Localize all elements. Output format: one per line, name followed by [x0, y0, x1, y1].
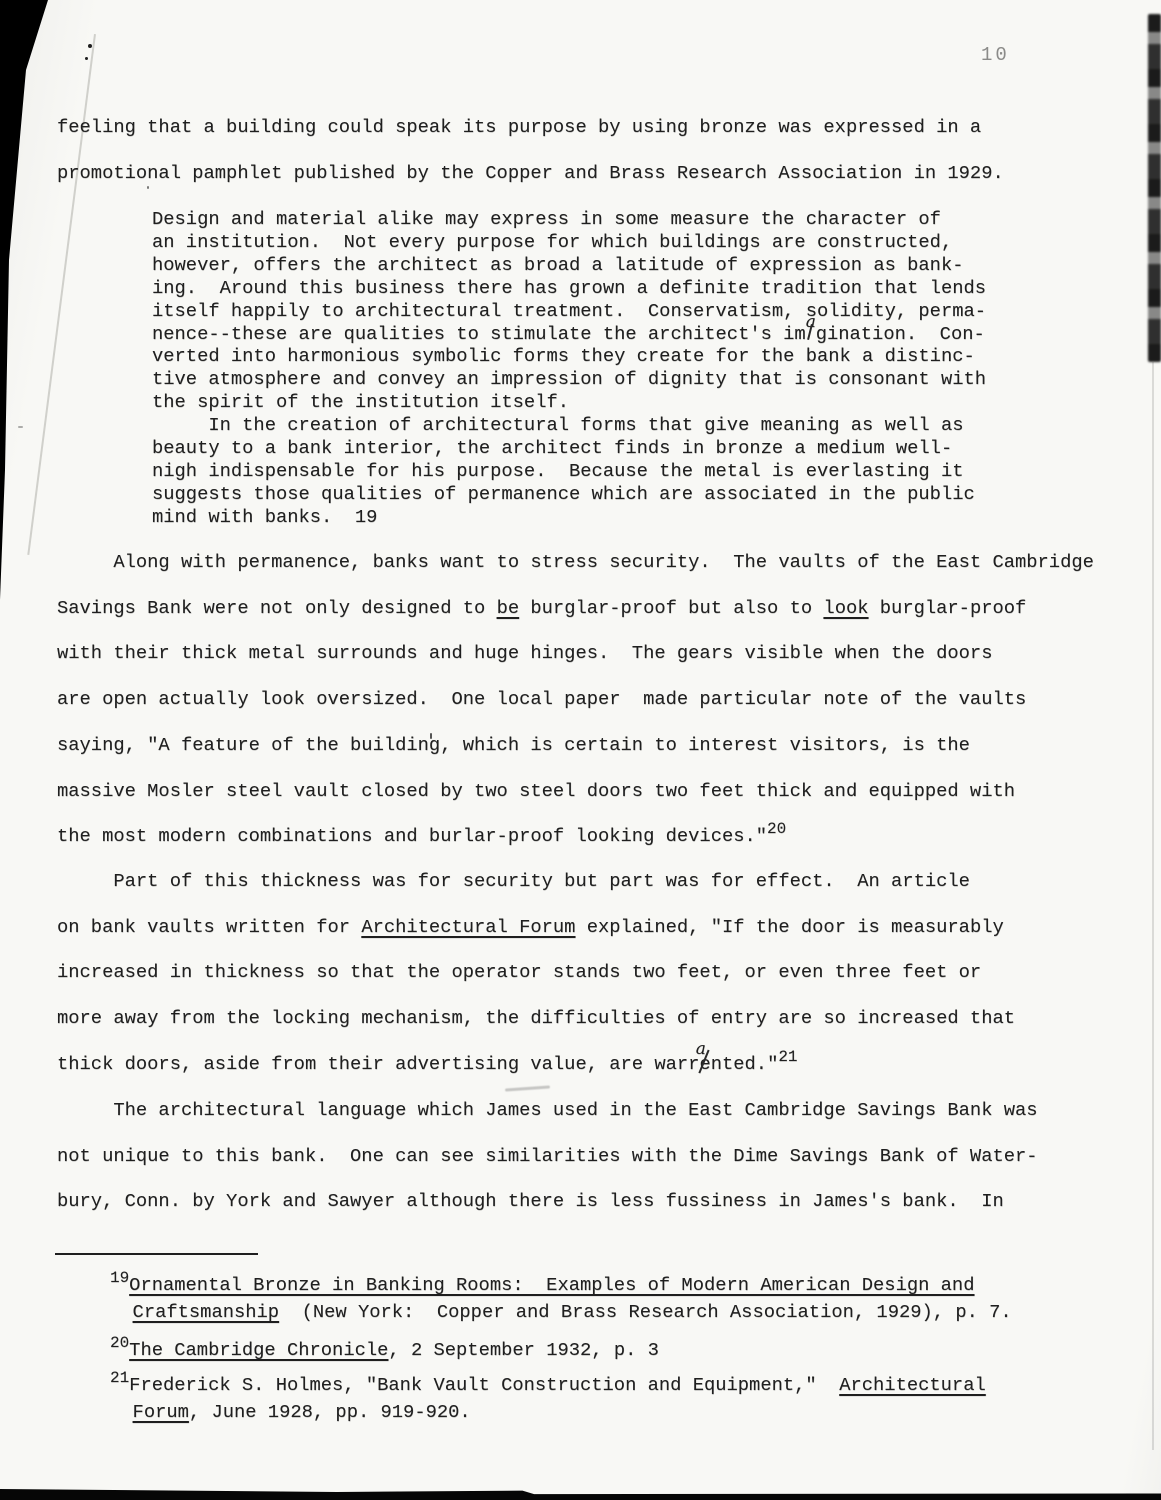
text-segment: feeling that a building could speak its … [57, 116, 981, 138]
block-quote: Design and material alike may express in… [152, 208, 986, 529]
text-segment: Frederick S. Holmes, "Bank Vault Constru… [129, 1374, 839, 1396]
text-line: not unique to this bank. One can see sim… [57, 1134, 1038, 1180]
text-segment: promotional pamphlet published by the Co… [57, 162, 1004, 184]
text-line: nence--these are qualities to stimulate … [152, 323, 986, 346]
text-segment: massive Mosler steel vault closed by two… [57, 780, 1015, 802]
footnote-reference: 21 [110, 1369, 129, 1387]
text-segment: (New York: Copper and Brass Research Ass… [279, 1301, 1012, 1323]
text-line: the most modern combinations and burlar-… [57, 814, 1094, 861]
text-line: mind with banks. 19 [152, 506, 986, 529]
text-line: Along with permanence, banks want to str… [57, 540, 1094, 586]
text-segment: nence--these are qualities to stimulate … [152, 323, 806, 345]
footnote-19: 19Ornamental Bronze in Banking Rooms: Ex… [110, 1273, 1012, 1325]
text-segment: burglar-proof but also to [519, 597, 823, 619]
ink-speck [85, 57, 88, 60]
text-line: tive atmosphere and convey an impression… [152, 368, 986, 391]
text-line: Craftsmanship (New York: Copper and Bras… [110, 1300, 1012, 1326]
footnote-reference: 20 [767, 820, 786, 838]
stray-mark [18, 426, 23, 428]
text-segment: nted." [711, 1053, 779, 1075]
text-segment: with their thick metal surrounds and hug… [57, 642, 992, 664]
text-segment: on bank vaults written for [57, 916, 361, 938]
text-segment: mind with banks. 19 [152, 506, 377, 528]
text-line: Savings Bank were not only designed to b… [57, 586, 1094, 632]
text-line: In the creation of architectural forms t… [152, 414, 986, 437]
text-segment: verted into harmonious symbolic forms th… [152, 345, 975, 367]
paragraph-1: Along with permanence, banks want to str… [57, 540, 1094, 861]
text-segment: In the creation of architectural forms t… [152, 414, 963, 436]
handwritten-correction: a [806, 311, 816, 334]
text-segment: The architectural language which James u… [57, 1099, 1038, 1121]
underlined-text: Craftsmanship [133, 1301, 280, 1323]
text-line: nigh indispensable for his purpose. Beca… [152, 460, 986, 483]
text-line: however, offers the architect as broad a… [152, 254, 986, 277]
underlined-text: Ornamental Bronze in Banking Rooms: Exam… [129, 1274, 974, 1296]
text-segment: thick doors, aside from their advertisin… [57, 1053, 699, 1075]
text-line: Part of this thickness was for security … [57, 859, 1015, 905]
text-segment: increased in thickness so that the opera… [57, 961, 981, 983]
text-line: more away from the locking mechanism, th… [57, 996, 1015, 1042]
text-line: Forum, June 1928, pp. 919-920. [110, 1400, 986, 1426]
text-segment: gination. Con- [816, 323, 985, 345]
underlined-text: look [823, 597, 868, 619]
text-segment [110, 1301, 133, 1323]
footnote-separator [55, 1253, 258, 1255]
text-line: feeling that a building could speak its … [57, 105, 1004, 151]
text-line: an institution. Not every purpose for wh… [152, 231, 986, 254]
text-line: thick doors, aside from their advertisin… [57, 1042, 1015, 1089]
text-segment: ing. Around this business there has grow… [152, 277, 986, 299]
text-segment: an institution. Not every purpose for wh… [152, 231, 952, 253]
text-segment: Along with permanence, banks want to str… [57, 551, 1094, 573]
text-segment: , 2 September 1932, p. 3 [388, 1339, 659, 1361]
text-line: itself happily to architectural treatmen… [152, 300, 986, 323]
text-segment [110, 1401, 133, 1423]
text-line: Design and material alike may express in… [152, 208, 986, 231]
text-line: increased in thickness so that the opera… [57, 950, 1015, 996]
text-line: the spirit of the institution itself. [152, 391, 986, 414]
text-line: beauty to a bank interior, the architect… [152, 437, 986, 460]
intro-paragraph: feeling that a building could speak its … [57, 105, 1004, 196]
text-line: saying, "A feature of the building, whic… [57, 723, 1094, 769]
footnote-21: 21Frederick S. Holmes, "Bank Vault Const… [110, 1373, 986, 1425]
text-line: verted into harmonious symbolic forms th… [152, 345, 986, 368]
underlined-text: Architectural [839, 1374, 986, 1396]
text-segment: bury, Conn. by York and Sawyer although … [57, 1190, 1004, 1212]
text-segment: Part of this thickness was for security … [57, 870, 970, 892]
text-line: ing. Around this business there has grow… [152, 277, 986, 300]
text-line: promotional pamphlet published by the Co… [57, 151, 1004, 197]
text-segment: not unique to this bank. One can see sim… [57, 1145, 1038, 1167]
text-line: 20The Cambridge Chronicle, 2 September 1… [110, 1338, 659, 1365]
right-edge-smudge [1148, 14, 1161, 362]
right-edge-line [1152, 362, 1154, 1450]
text-segment: Design and material alike may express in… [152, 208, 941, 230]
text-segment: the spirit of the institution itself. [152, 391, 569, 413]
text-line: 19Ornamental Bronze in Banking Rooms: Ex… [110, 1273, 1012, 1300]
text-line: with their thick metal surrounds and hug… [57, 631, 1094, 677]
footnote-reference: 19 [110, 1269, 129, 1287]
text-segment: nigh indispensable for his purpose. Beca… [152, 460, 963, 482]
page-number: 10 [981, 44, 1010, 66]
text-segment: beauty to a bank interior, the architect… [152, 437, 952, 459]
scanned-page: 10 feeling that a building could speak i… [0, 0, 1161, 1500]
text-segment: tive atmosphere and convey an impression… [152, 368, 986, 390]
text-segment: itself happily to architectural treatmen… [152, 300, 986, 322]
text-segment: the most modern combinations and burlar-… [57, 825, 767, 847]
text-segment: Savings Bank were not only designed to [57, 597, 497, 619]
underlined-text: Architectural Forum [361, 916, 575, 938]
text-line: are open actually look oversized. One lo… [57, 677, 1094, 723]
text-line: The architectural language which James u… [57, 1088, 1038, 1134]
footnote-20: 20The Cambridge Chronicle, 2 September 1… [110, 1338, 659, 1365]
footnote-reference: 21 [778, 1048, 797, 1066]
text-segment: explained, "If the door is measurably [575, 916, 1003, 938]
text-segment: more away from the locking mechanism, th… [57, 1007, 1015, 1029]
footnote-reference: 20 [110, 1334, 129, 1352]
ink-speck [88, 44, 92, 48]
text-segment: suggests those qualities of permanence w… [152, 483, 975, 505]
text-line: bury, Conn. by York and Sawyer although … [57, 1179, 1038, 1225]
text-line: on bank vaults written for Architectural… [57, 905, 1015, 951]
text-segment: are open actually look oversized. One lo… [57, 688, 1026, 710]
text-line: suggests those qualities of permanence w… [152, 483, 986, 506]
text-segment: , June 1928, pp. 919-920. [189, 1401, 471, 1423]
text-segment: saying, "A feature of the building, whic… [57, 734, 970, 756]
underlined-text: be [497, 597, 520, 619]
paragraph-2: Part of this thickness was for security … [57, 859, 1015, 1089]
underlined-text: Forum [133, 1401, 189, 1423]
text-segment: however, offers the architect as broad a… [152, 254, 963, 276]
underlined-text: The Cambridge Chronicle [129, 1339, 388, 1361]
text-line: 21Frederick S. Holmes, "Bank Vault Const… [110, 1373, 986, 1400]
text-segment: burglar-proof [869, 597, 1027, 619]
bottom-scan-bar [0, 1487, 1161, 1500]
paragraph-3: The architectural language which James u… [57, 1088, 1038, 1225]
text-line: massive Mosler steel vault closed by two… [57, 769, 1094, 815]
